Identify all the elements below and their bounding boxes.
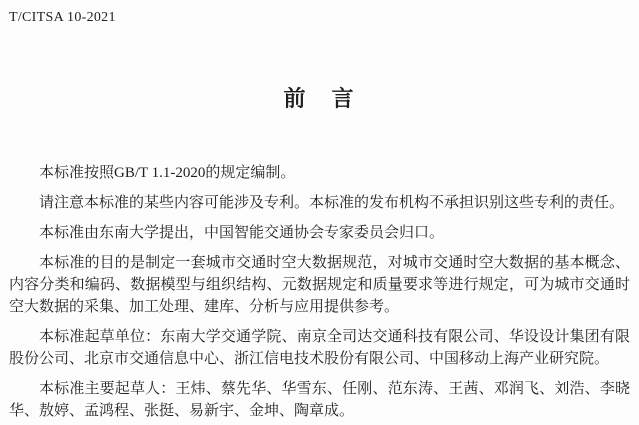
foreword-paragraph-compilation-basis: 本标准按照GB/T 1.1-2020的规定编制。 [9, 162, 630, 184]
document-page: T/CITSA 10-2021 前 言 本标准按照GB/T 1.1-2020的规… [0, 0, 639, 425]
foreword-paragraph-purpose: 本标准的目的是制定一套城市交通时空大数据规范，对城市交通时空大数据的基本概念、内… [9, 252, 630, 318]
standard-number: T/CITSA 10-2021 [0, 0, 639, 26]
foreword-paragraph-main-drafters: 本标准主要起草人：王炜、蔡先华、华雪东、任刚、范东涛、王茜、邓润飞、刘浩、李晓华… [9, 378, 630, 422]
foreword-body: 本标准按照GB/T 1.1-2020的规定编制。 请注意本标准的某些内容可能涉及… [0, 162, 639, 422]
page-title: 前 言 [0, 86, 639, 112]
foreword-paragraph-drafting-organizations: 本标准起草单位：东南大学交通学院、南京全司达交通科技有限公司、华设设计集团有限股… [9, 326, 630, 370]
foreword-paragraph-proposing-body: 本标准由东南大学提出，中国智能交通协会专家委员会归口。 [9, 222, 630, 244]
foreword-paragraph-patent-notice: 请注意本标准的某些内容可能涉及专利。本标准的发布机构不承担识别这些专利的责任。 [9, 192, 630, 214]
